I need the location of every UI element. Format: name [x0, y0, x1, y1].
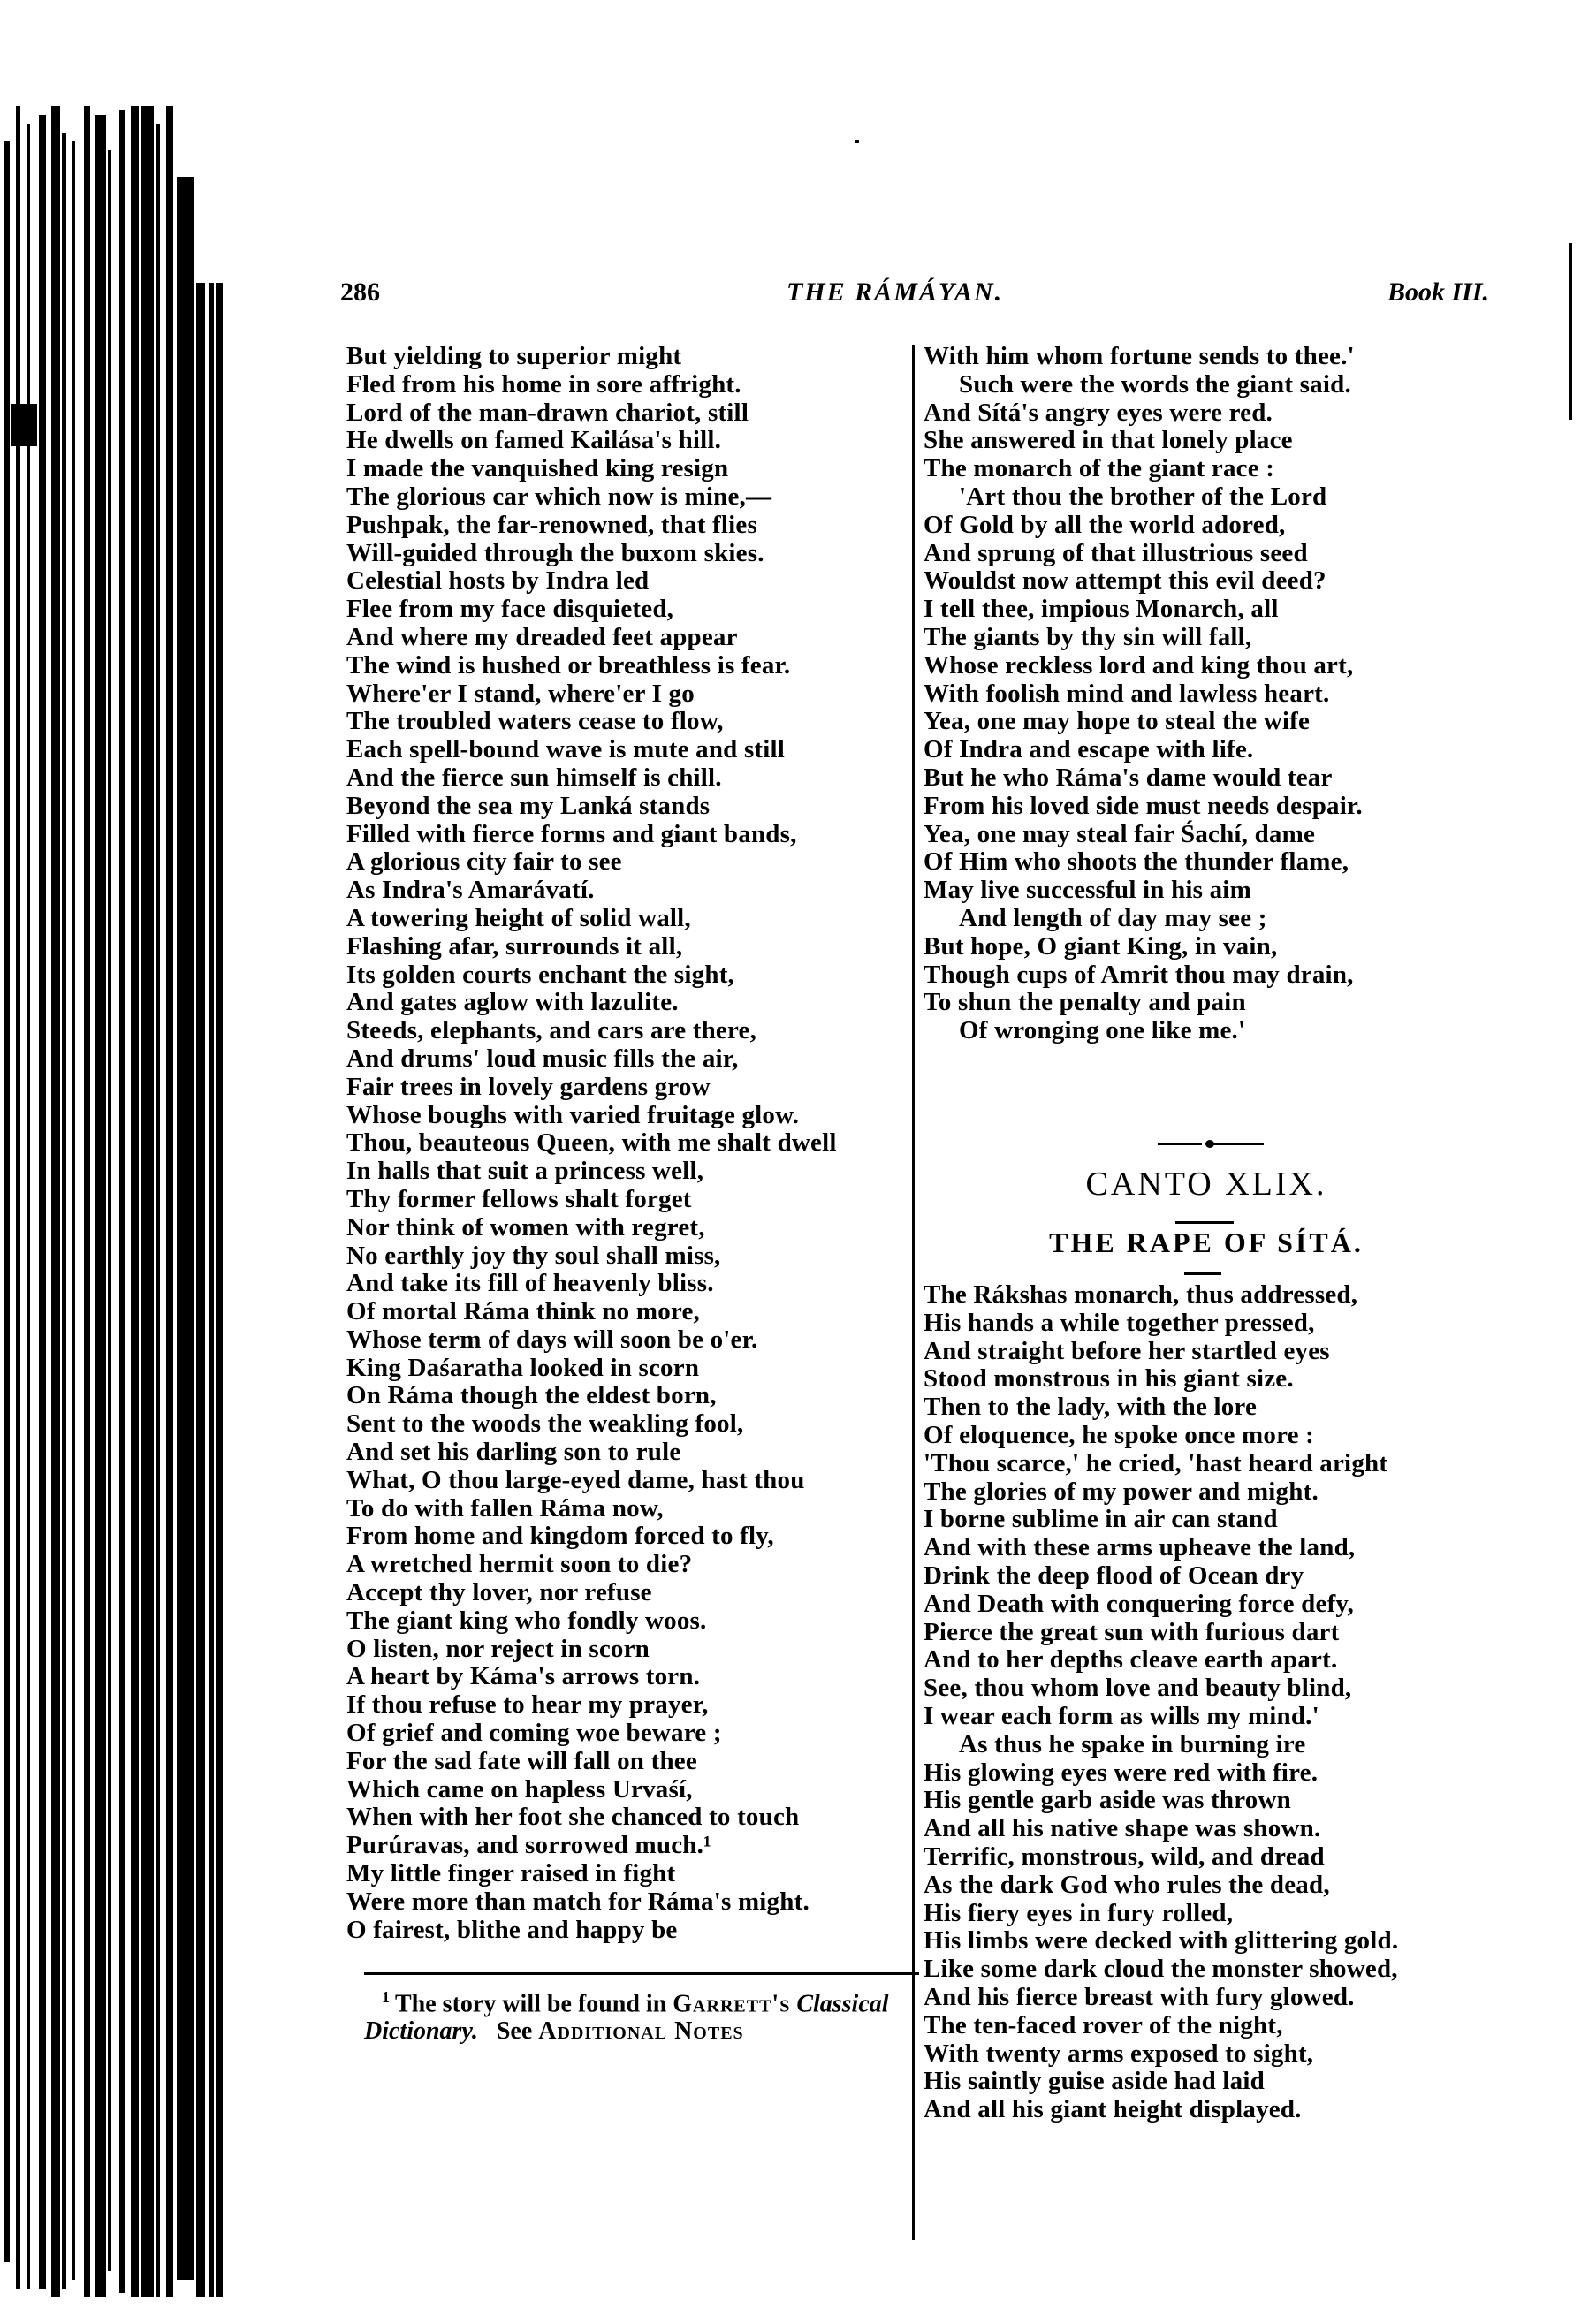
verse-line: But hope, O giant King, in vain, [924, 933, 1363, 961]
verse-line: In halls that suit a princess well, [346, 1158, 837, 1186]
verse-line: See, thou whom love and beauty blind, [924, 1675, 1398, 1703]
subtitle-rule [1184, 1272, 1221, 1275]
canto-subtitle: THE RAPE OF SÍTÁ. [924, 1227, 1489, 1259]
scan-block [11, 404, 37, 446]
verse-line: A towering height of solid wall, [346, 905, 837, 933]
scan-stripe [119, 110, 125, 2293]
verse-line: And all his native shape was shown. [924, 1815, 1398, 1843]
verse-line: For the sad fate will fall on thee [346, 1748, 837, 1776]
verse-line: His fiery eyes in fury rolled, [924, 1900, 1398, 1928]
verse-line: Though cups of Amrit thou may drain, [924, 961, 1363, 990]
verse-line: The giant king who fondly woos. [346, 1607, 837, 1636]
verse-line: Yea, one may steal fair Śachí, dame [924, 821, 1363, 849]
verse-line: 'Thou scarce,' he cried, 'hast heard ari… [924, 1450, 1398, 1478]
verse-line: But yielding to superior might [346, 343, 837, 371]
scan-stripe [95, 115, 106, 2297]
verse-line: A heart by Káma's arrows torn. [346, 1663, 837, 1691]
verse-line: I tell thee, impious Monarch, all [924, 596, 1363, 624]
verse-line: His saintly guise aside had laid [924, 2068, 1398, 2096]
verse-line: And the fierce sun himself is chill. [346, 764, 837, 793]
footnote-text-1: The story will be found in [395, 1990, 666, 2017]
verse-line: Of Indra and escape with life. [924, 736, 1363, 764]
verse-line: Each spell-bound wave is mute and still [346, 736, 837, 764]
verse-line: To do with fallen Ráma now, [346, 1495, 837, 1523]
verse-line: Such were the words the giant said. [924, 371, 1363, 399]
verse-line: The monarch of the giant race : [924, 455, 1363, 483]
footnote-text-2: See [497, 2017, 532, 2045]
verse-line: From his loved side must needs despair. [924, 793, 1363, 821]
verse-line: Accept thy lover, nor refuse [346, 1579, 837, 1607]
verse-line: Drink the deep flood of Ocean dry [924, 1562, 1398, 1591]
verse-line: Sent to the woods the weakling fool, [346, 1410, 837, 1439]
verse-line: Filled with fierce forms and giant bands… [346, 821, 837, 849]
right-column-verse: With him whom fortune sends to thee.'Suc… [924, 343, 1363, 1045]
verse-line: Lord of the man-drawn chariot, still [346, 399, 837, 428]
verse-line: The glories of my power and might. [924, 1478, 1398, 1507]
book-label: Book III. [1387, 277, 1489, 308]
verse-line: No earthly joy thy soul shall miss, [346, 1242, 837, 1271]
scan-stripe [72, 141, 75, 2280]
verse-line: The glorious car which now is mine,— [346, 483, 837, 512]
verse-line: Fled from his home in sore affright. [346, 371, 837, 399]
verse-line: When with her foot she chanced to touch [346, 1804, 837, 1832]
running-header: 286 THE RÁMÁYAN. Book III. [340, 277, 1489, 313]
verse-line: A wretched hermit soon to die? [346, 1551, 837, 1579]
verse-line: Will-guided through the buxom skies. [346, 540, 837, 568]
verse-line: And his fierce breast with fury glowed. [924, 1984, 1398, 2012]
verse-line: His glowing eyes were red with fire. [924, 1759, 1398, 1788]
verse-line: I borne sublime in air can stand [924, 1506, 1398, 1534]
verse-line: And gates aglow with lazulite. [346, 989, 837, 1017]
verse-line: And straight before her startled eyes [924, 1338, 1398, 1366]
verse-line: Purúravas, and sorrowed much.¹ [346, 1832, 837, 1860]
verse-line: And take its fill of heavenly bliss. [346, 1270, 837, 1298]
verse-line: May live successful in his aim [924, 877, 1363, 905]
scan-speck [855, 140, 859, 143]
column-divider [912, 345, 915, 2240]
verse-line: And with these arms upheave the land, [924, 1534, 1398, 1562]
verse-line: I wear each form as wills my mind.' [924, 1703, 1398, 1731]
verse-line: The giants by thy sin will fall, [924, 624, 1363, 652]
scan-stripe [141, 106, 154, 2297]
verse-line: From home and kingdom forced to fly, [346, 1523, 837, 1551]
verse-line: And where my dreaded feet appear [346, 624, 837, 652]
scan-stripe [39, 115, 46, 2289]
scan-stripe [209, 283, 214, 2297]
verse-line: Its golden courts enchant the sight, [346, 961, 837, 990]
footnote-reference: Additional Notes [538, 2017, 743, 2045]
verse-line: And drums' loud music fills the air, [346, 1045, 837, 1074]
left-column-verse: But yielding to superior mightFled from … [346, 343, 837, 1944]
verse-line: Whose boughs with varied fruitage glow. [346, 1102, 837, 1130]
verse-line: As thus he spake in burning ire [924, 1731, 1398, 1759]
verse-line: Celestial hosts by Indra led [346, 567, 837, 596]
verse-line: Of Gold by all the world adored, [924, 512, 1363, 540]
verse-line: His limbs were decked with glittering go… [924, 1927, 1398, 1956]
verse-line: And all his giant height displayed. [924, 2096, 1398, 2124]
heading-rule [1175, 1221, 1234, 1224]
verse-line: The wind is hushed or breathless is fear… [346, 652, 837, 680]
running-title: THE RÁMÁYAN. [787, 277, 1003, 308]
verse-line: Steeds, elephants, and cars are there, [346, 1017, 837, 1045]
verse-line: Of grief and coming woe beware ; [346, 1720, 837, 1748]
verse-line: Of Him who shoots the thunder flame, [924, 848, 1363, 877]
verse-line: Beyond the sea my Lanká stands [346, 793, 837, 821]
scan-stripe [62, 133, 66, 2289]
verse-line: As the dark God who rules the dead, [924, 1872, 1398, 1900]
verse-line: And Sítá's angry eyes were red. [924, 399, 1363, 428]
footnote-rule [364, 1972, 919, 1975]
verse-line: With foolish mind and lawless heart. [924, 680, 1363, 709]
verse-line: If thou refuse to hear my prayer, [346, 1691, 837, 1720]
scan-stripe [196, 283, 205, 2297]
verse-line: And sprung of that illustrious seed [924, 540, 1363, 568]
verse-line: With him whom fortune sends to thee.' [924, 343, 1363, 371]
section-ornament [1158, 1140, 1264, 1149]
verse-line: His hands a while together pressed, [924, 1310, 1398, 1338]
verse-line: She answered in that lonely place [924, 427, 1363, 455]
verse-line: Of eloquence, he spoke once more : [924, 1422, 1398, 1450]
verse-line: Terrific, monstrous, wild, and dread [924, 1843, 1398, 1872]
verse-line: Then to the lady, with the lore [924, 1394, 1398, 1422]
verse-line: Which came on hapless Urvaśí, [346, 1776, 837, 1804]
verse-line: Thy former fellows shalt forget [346, 1186, 837, 1214]
verse-line: To shun the penalty and pain [924, 989, 1363, 1017]
scan-stripe [27, 124, 30, 2289]
verse-line: Wouldst now attempt this evil deed? [924, 567, 1363, 596]
scan-stripe [108, 150, 111, 2271]
verse-line: Whose reckless lord and king thou art, [924, 652, 1363, 680]
verse-line: Flashing afar, surrounds it all, [346, 933, 837, 961]
scan-stripe [166, 106, 173, 2297]
page-edge-mark [1569, 243, 1572, 420]
verse-line: His gentle garb aside was thrown [924, 1787, 1398, 1815]
verse-line: Yea, one may hope to steal the wife [924, 708, 1363, 736]
verse-line: I made the vanquished king resign [346, 455, 837, 483]
scan-stripe [216, 283, 223, 2297]
verse-line: Of wronging one like me.' [924, 1017, 1363, 1045]
verse-line: O fairest, blithe and happy be [346, 1917, 837, 1945]
verse-line: 'Art thou the brother of the Lord [924, 483, 1363, 512]
footnote: 1The story will be found in Garrett's Cl… [364, 1984, 921, 2045]
verse-line: And Death with conquering force defy, [924, 1591, 1398, 1619]
verse-line: Of mortal Ráma think no more, [346, 1298, 837, 1326]
verse-line: The ten-faced rover of the night, [924, 2012, 1398, 2040]
verse-line: Whose term of days will soon be o'er. [346, 1326, 837, 1355]
scan-stripe [84, 106, 90, 2297]
verse-line: Were more than match for Ráma's might. [346, 1888, 837, 1917]
verse-line: But he who Ráma's dame would tear [924, 764, 1363, 793]
verse-line: Fair trees in lovely gardens grow [346, 1074, 837, 1102]
verse-line: With twenty arms exposed to sight, [924, 2040, 1398, 2069]
scan-stripe [131, 106, 139, 2297]
canto-heading: CANTO XLIX. [924, 1165, 1489, 1204]
verse-line: As Indra's Amarávatí. [346, 877, 837, 905]
verse-line: Stood monstrous in his giant size. [924, 1365, 1398, 1394]
verse-line: And length of day may see ; [924, 905, 1363, 933]
verse-line: Like some dark cloud the monster showed, [924, 1956, 1398, 1984]
verse-line: On Ráma though the eldest born, [346, 1382, 837, 1410]
verse-line: Nor think of women with regret, [346, 1214, 837, 1242]
verse-line: My little finger raised in fight [346, 1860, 837, 1888]
verse-line: And set his darling son to rule [346, 1439, 837, 1467]
verse-line: Where'er I stand, where'er I go [346, 680, 837, 709]
verse-line: And to her depths cleave earth apart. [924, 1646, 1398, 1675]
page-number: 286 [340, 277, 380, 308]
verse-line: A glorious city fair to see [346, 848, 837, 877]
scan-stripe [177, 177, 194, 2280]
verse-line: He dwells on famed Kailása's hill. [346, 427, 837, 455]
scan-stripe [156, 124, 160, 2297]
verse-line: What, O thou large-eyed dame, hast thou [346, 1467, 837, 1495]
footnote-marker: 1 [382, 1988, 390, 2006]
right-column-verse-canto: The Rákshas monarch, thus addressed,His … [924, 1281, 1398, 2124]
scan-stripe [4, 141, 10, 2262]
verse-line: The troubled waters cease to flow, [346, 708, 837, 736]
verse-line: Thou, beauteous Queen, with me shalt dwe… [346, 1129, 837, 1158]
verse-line: O listen, nor reject in scorn [346, 1636, 837, 1664]
verse-line: King Daśaratha looked in scorn [346, 1355, 837, 1383]
scan-stripe [51, 106, 60, 2297]
verse-line: The Rákshas monarch, thus addressed, [924, 1281, 1398, 1310]
book-edge-scan-artifact [0, 106, 300, 2297]
verse-line: Pierce the great sun with furious dart [924, 1619, 1398, 1647]
footnote-author: Garrett's [673, 1990, 790, 2017]
verse-line: Pushpak, the far-renowned, that flies [346, 512, 837, 540]
verse-line: Flee from my face disquieted, [346, 596, 837, 624]
